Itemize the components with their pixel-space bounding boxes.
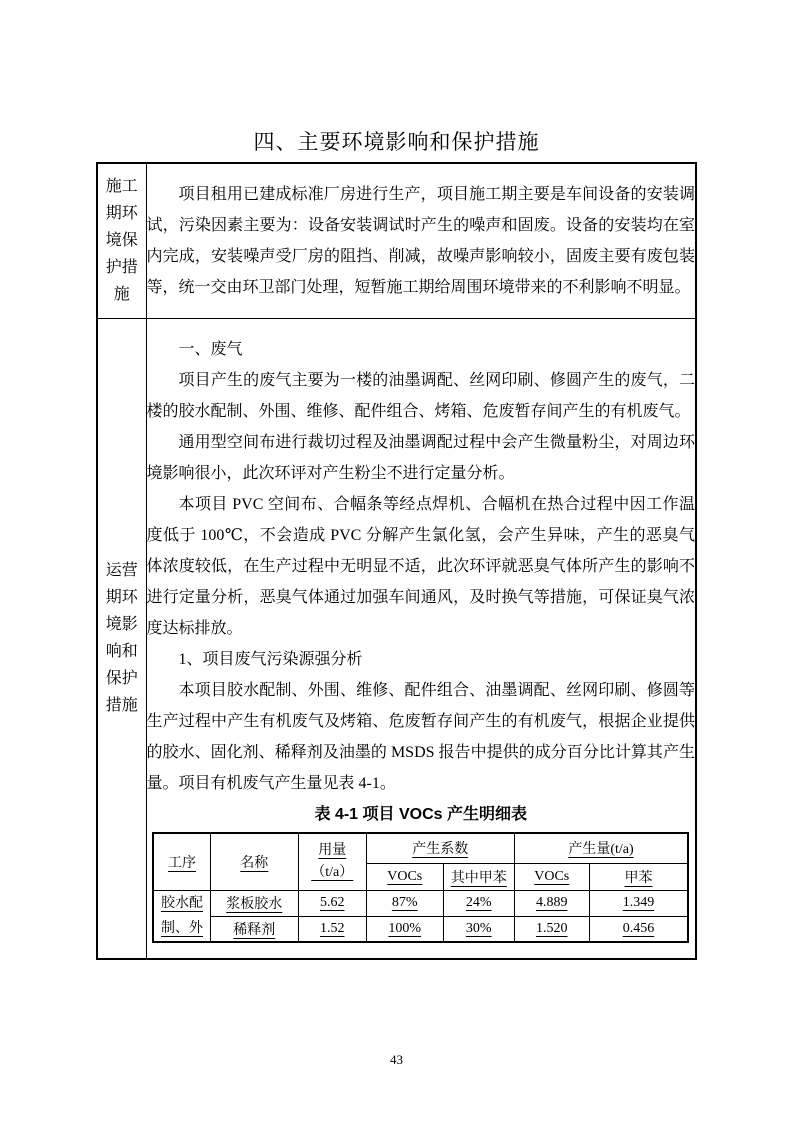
th-coef-vocs: VOCs	[366, 864, 443, 891]
cell-out-toluene: 1.349	[589, 891, 688, 917]
construction-label: 施工期环境保护措施	[105, 173, 138, 308]
construction-paragraph: 项目租用已建成标准厂房进行生产，项目施工期主要是车间设备的安装调试，污染因素主要…	[147, 179, 696, 303]
construction-row: 施工期环境保护措施 项目租用已建成标准厂房进行生产，项目施工期主要是车间设备的安…	[97, 163, 696, 318]
th-out-toluene: 甲苯	[589, 864, 688, 891]
cell-coef-toluene: 24%	[443, 891, 514, 917]
vocs-table-caption: 表 4-1 项目 VOCs 产生明细表	[147, 802, 696, 828]
cell-amount: 1.52	[298, 916, 366, 942]
th-name: 名称	[210, 833, 298, 891]
page-container: 四、主要环境影响和保护措施 施工期环境保护措施 项目租用已建成标准厂房进行生产，…	[0, 0, 793, 1122]
operation-paragraph: 一、废气	[147, 334, 696, 365]
operation-paragraph: 通用型空间布进行裁切过程及油墨调配过程中会产生微量粉尘，对周边环境影响很小，此次…	[147, 427, 696, 489]
th-coef-toluene: 其中甲苯	[443, 864, 514, 891]
cell-out-vocs: 4.889	[514, 891, 589, 917]
cell-coef-vocs: 87%	[366, 891, 443, 917]
construction-content-cell: 项目租用已建成标准厂房进行生产，项目施工期主要是车间设备的安装调试，污染因素主要…	[146, 163, 696, 318]
cell-out-vocs: 1.520	[514, 916, 589, 942]
cell-amount: 5.62	[298, 891, 366, 917]
cell-coef-toluene: 30%	[443, 916, 514, 942]
operation-row: 运营期环境影响和保护措施 一、废气 项目产生的废气主要为一楼的油墨调配、丝网印刷…	[97, 318, 696, 959]
th-out-vocs: VOCs	[514, 864, 589, 891]
cell-name: 浆板胶水	[210, 891, 298, 917]
th-process: 工序	[153, 833, 210, 891]
cell-coef-vocs: 100%	[366, 916, 443, 942]
operation-content-cell: 一、废气 项目产生的废气主要为一楼的油墨调配、丝网印刷、修圆产生的废气，二楼的胶…	[146, 318, 696, 959]
th-output-group: 产生量(t/a)	[514, 833, 688, 864]
main-table: 施工期环境保护措施 项目租用已建成标准厂房进行生产，项目施工期主要是车间设备的安…	[96, 162, 697, 960]
vocs-table: 工序 名称 用量 （t/a） 产生系数 产生量(t/a) VOCs	[152, 832, 689, 944]
page-title: 四、主要环境影响和保护措施	[0, 0, 793, 162]
construction-label-cell: 施工期环境保护措施	[97, 163, 146, 318]
operation-paragraph: 1、项目废气污染源强分析	[147, 644, 696, 675]
cell-name: 稀释剂	[210, 916, 298, 942]
table-row: 稀释剂 1.52 100% 30% 1.520 0.456	[153, 916, 688, 942]
page-number: 43	[0, 1052, 793, 1068]
cell-process: 胶水配制、外	[153, 891, 210, 943]
cell-out-toluene: 0.456	[589, 916, 688, 942]
operation-paragraph: 本项目 PVC 空间布、合幅条等经点焊机、合幅机在热合过程中因工作温度低于 10…	[147, 489, 696, 644]
th-coefficient-group: 产生系数	[366, 833, 514, 864]
vocs-header-row-groups: 工序 名称 用量 （t/a） 产生系数 产生量(t/a)	[153, 833, 688, 864]
operation-label: 运营期环境影响和保护措施	[105, 557, 138, 719]
table-row: 胶水配制、外 浆板胶水 5.62 87% 24% 4.889 1.349	[153, 891, 688, 917]
th-amount: 用量 （t/a）	[298, 833, 366, 891]
operation-paragraph: 项目产生的废气主要为一楼的油墨调配、丝网印刷、修圆产生的废气，二楼的胶水配制、外…	[147, 365, 696, 427]
operation-paragraph: 本项目胶水配制、外围、维修、配件组合、油墨调配、丝网印刷、修圆等生产过程中产生有…	[147, 675, 696, 799]
operation-label-cell: 运营期环境影响和保护措施	[97, 318, 146, 959]
